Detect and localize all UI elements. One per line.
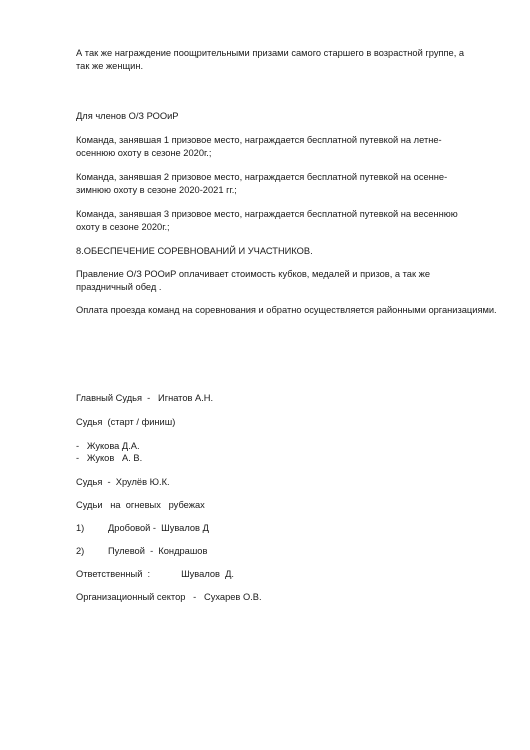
document-page: А так же награждение поощрительными приз…	[0, 0, 530, 750]
firing-line-2-number: 2)	[76, 545, 84, 558]
paragraph-travel-pays: Оплата проезда команд на соревнования и …	[76, 304, 497, 317]
paragraph-place-2: Команда, занявшая 2 призовое место, нагр…	[76, 171, 476, 197]
section-8-title: 8.ОБЕСПЕЧЕНИЕ СОРЕВНОВАНИЙ И УЧАСТНИКОВ.	[76, 245, 313, 258]
paragraph-place-1: Команда, занявшая 1 призовое место, нагр…	[76, 134, 476, 160]
responsible-line: Ответственный : Шувалов Д.	[76, 568, 234, 581]
start-finish-label: Судья (старт / финиш)	[76, 416, 175, 429]
firing-line-1-text: Дробовой - Шувалов Д	[108, 522, 209, 535]
paragraph-board-pays: Правление О/З РООиР оплачивает стоимость…	[76, 268, 476, 294]
paragraph-award-elderly: А так же награждение поощрительными приз…	[76, 47, 476, 73]
judge-line: Судья - Хрулёв Ю.К.	[76, 476, 170, 489]
paragraph-place-3: Команда, занявшая 3 призовое место, нагр…	[76, 208, 476, 234]
members-header: Для членов О/З РООиР	[76, 110, 178, 123]
firing-line-1-number: 1)	[76, 522, 84, 535]
org-sector-line: Организационный сектор - Сухарев О.В.	[76, 591, 262, 604]
firing-lines-label: Судьи на огневых рубежах	[76, 499, 205, 512]
start-finish-judge-2: - Жуков А. В.	[76, 452, 142, 465]
firing-line-2-text: Пулевой - Кондрашов	[108, 545, 207, 558]
chief-judge: Главный Судья - Игнатов А.Н.	[76, 392, 213, 405]
